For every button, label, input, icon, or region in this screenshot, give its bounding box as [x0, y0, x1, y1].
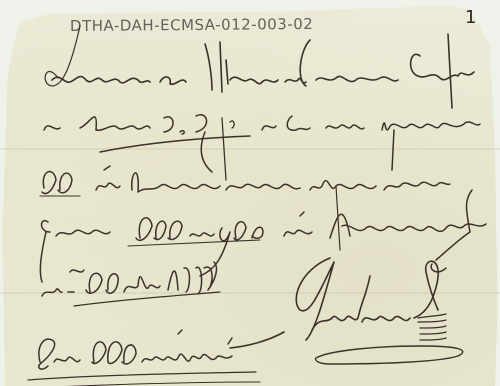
- manuscript-line-5: [42, 262, 220, 306]
- manuscript-line-1: [45, 26, 474, 108]
- manuscript-line-6: [28, 330, 260, 386]
- manuscript-line-3: [40, 166, 450, 250]
- document-scan: DTHA-DAH-ECMSA-012-003-02 1: [0, 0, 500, 386]
- manuscript-line-4: [40, 190, 486, 282]
- manuscript-line-2: [44, 115, 480, 180]
- handwriting-ink: [0, 0, 500, 386]
- signature-zambrana: [230, 258, 463, 364]
